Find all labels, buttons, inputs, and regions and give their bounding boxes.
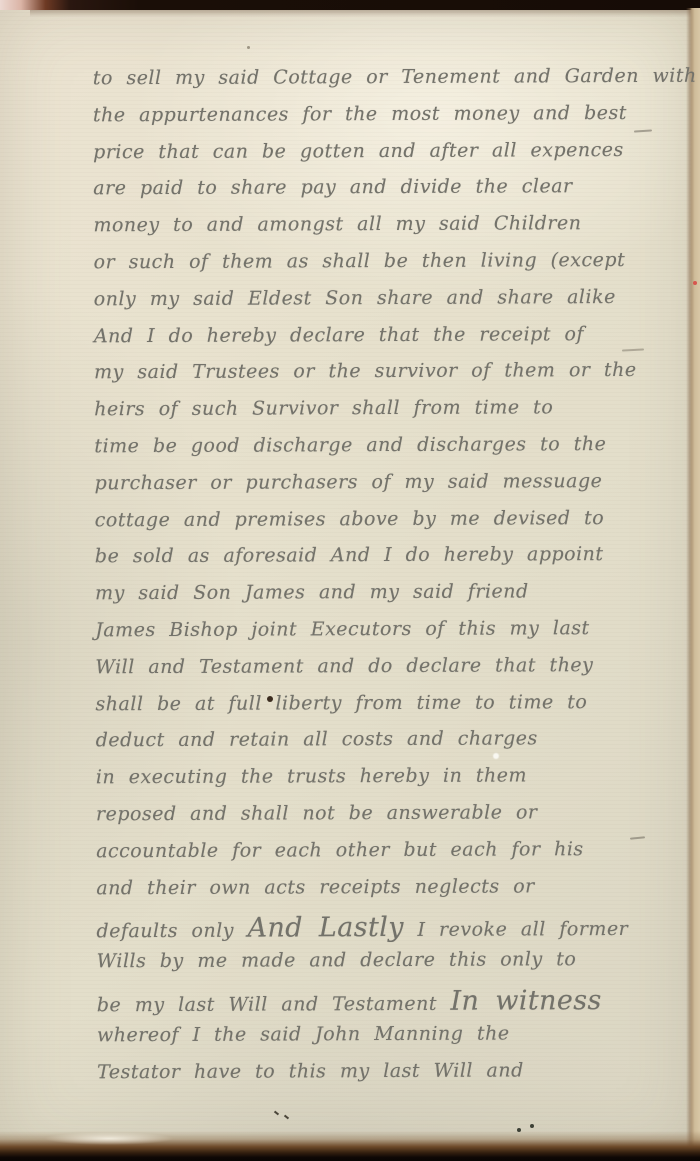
manuscript-line: and their own acts receipts neglects or	[96, 874, 681, 913]
manuscript-line: accountable for each other but each for …	[96, 837, 681, 876]
line-text: and their own acts receipts neglects or	[96, 875, 534, 899]
manuscript-line: defaults only And Lastly I revoke all fo…	[96, 911, 681, 950]
line-text: the appurtenances for the most money and…	[93, 102, 627, 126]
manuscript-line: Testator have to this my last Will and	[97, 1058, 682, 1097]
manuscript-line: are paid to share pay and divide the cle…	[93, 175, 678, 214]
line-text: only my said Eldest Son share and share …	[94, 286, 616, 310]
line-text: be my last Will and Testament	[97, 993, 451, 1017]
manuscript-line: shall be at full liberty from time to ti…	[95, 690, 680, 729]
manuscript-line: Wills by me made and declare this only t…	[97, 948, 682, 987]
manuscript-line: my said Trustees or the survivor of them…	[94, 359, 679, 398]
line-text: Will and Testament and do declare that t…	[95, 654, 593, 678]
line-text: accountable for each other but each for …	[96, 838, 584, 862]
line-text: price that can be gotten and after all e…	[93, 139, 624, 163]
manuscript-line: the appurtenances for the most money and…	[93, 102, 678, 141]
manuscript-line: reposed and shall not be answerable or	[96, 801, 681, 840]
line-text: And I do hereby declare that the receipt…	[94, 323, 584, 347]
manuscript-text: to sell my said Cottage or Tenement and …	[93, 65, 682, 1098]
line-text: Wills by me made and declare this only t…	[97, 948, 577, 972]
line-text: money to and amongst all my said Childre…	[93, 212, 581, 236]
manuscript-line: cottage and premises above by me devised…	[95, 506, 680, 545]
page-right-edge	[686, 8, 700, 1149]
manuscript-line: my said Son James and my said friend	[95, 580, 680, 619]
line-text: Testator have to this my last Will and	[97, 1059, 524, 1083]
book-binding-top-edge	[0, 0, 700, 10]
line-text: cottage and premises above by me devised…	[95, 507, 605, 531]
manuscript-scan: to sell my said Cottage or Tenement and …	[0, 0, 700, 1161]
line-text: purchaser or purchasers of my said messu…	[95, 470, 603, 494]
manuscript-line: be sold as aforesaid And I do hereby app…	[95, 543, 680, 582]
line-text: reposed and shall not be answerable or	[96, 801, 538, 825]
line-text: defaults only	[96, 920, 247, 943]
manuscript-line: or such of them as shall be then living …	[94, 249, 679, 288]
manuscript-line: price that can be gotten and after all e…	[93, 138, 678, 177]
line-text: in executing the trusts hereby in them	[96, 765, 527, 789]
manuscript-line: whereof I the said John Manning the	[97, 1021, 682, 1060]
manuscript-line: time be good discharge and discharges to…	[94, 433, 679, 472]
manuscript-line: purchaser or purchasers of my said messu…	[95, 469, 680, 508]
manuscript-line: Will and Testament and do declare that t…	[95, 653, 680, 692]
line-text: whereof I the said John Manning the	[97, 1022, 510, 1046]
emphasized-phrase: And Lastly	[247, 912, 404, 944]
line-text: are paid to share pay and divide the cle…	[93, 176, 572, 200]
line-text: be sold as aforesaid And I do hereby app…	[95, 543, 604, 567]
manuscript-line: James Bishop joint Executors of this my …	[95, 617, 680, 656]
line-text: to sell my said Cottage or Tenement and …	[93, 65, 697, 90]
manuscript-line: money to and amongst all my said Childre…	[93, 212, 678, 251]
line-text: heirs of such Survivor shall from time t…	[94, 396, 553, 420]
bottom-page-curl-highlight	[44, 1132, 174, 1145]
manuscript-line: to sell my said Cottage or Tenement and …	[93, 65, 678, 104]
line-text: James Bishop joint Executors of this my …	[95, 617, 590, 641]
manuscript-line: heirs of such Survivor shall from time t…	[94, 396, 679, 435]
line-text: deduct and retain all costs and charges	[96, 728, 538, 752]
line-text: my said Trustees or the survivor of them…	[94, 359, 637, 383]
emphasized-phrase: In witness	[450, 985, 601, 1017]
manuscript-line: be my last Will and Testament In witness	[97, 985, 682, 1024]
line-text: shall be at full liberty from time to ti…	[95, 691, 587, 715]
manuscript-line: And I do hereby declare that the receipt…	[94, 322, 679, 361]
manuscript-line: in executing the trusts hereby in them	[96, 764, 681, 803]
manuscript-line: deduct and retain all costs and charges	[96, 727, 681, 766]
top-edge-shadow	[30, 10, 700, 17]
line-text: or such of them as shall be then living …	[94, 249, 626, 273]
manuscript-line: only my said Eldest Son share and share …	[94, 286, 679, 325]
line-text: I revoke all former	[404, 918, 628, 941]
line-text: my said Son James and my said friend	[95, 581, 529, 605]
line-text: time be good discharge and discharges to…	[94, 433, 606, 457]
